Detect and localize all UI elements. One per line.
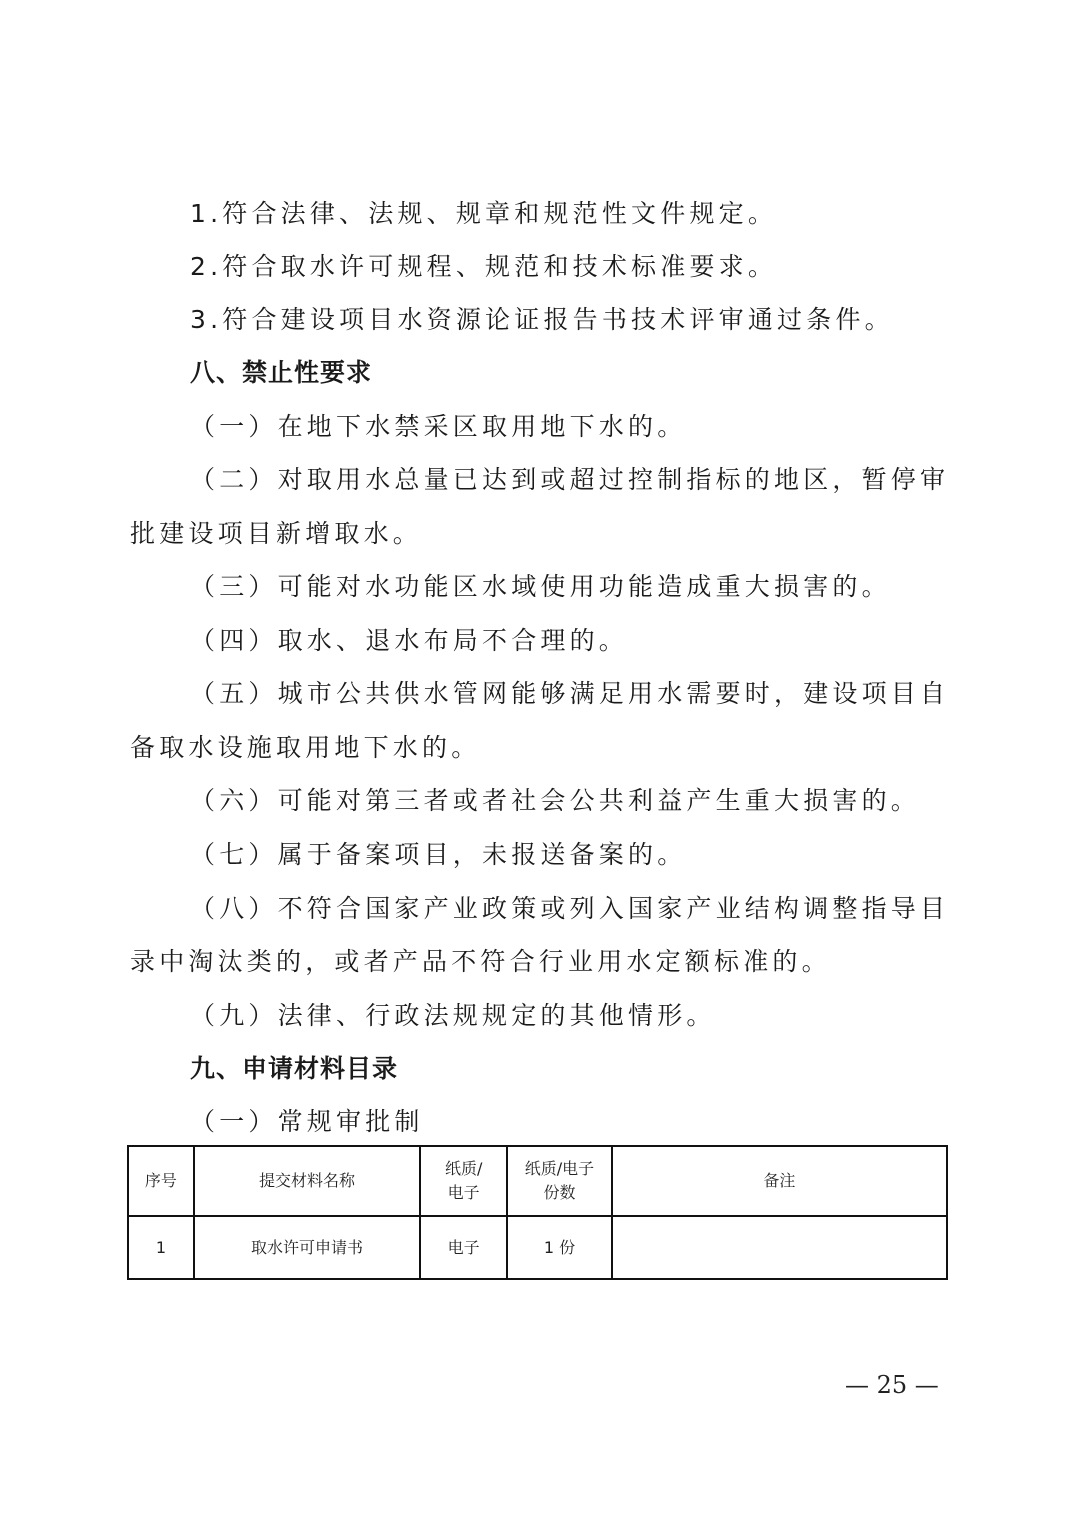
prohibition-3: （三）可能对水功能区水域使用功能造成重大损害的。 (190, 571, 891, 603)
prohibition-8: （八）不符合国家产业政策或列入国家产业结构调整指导目 (190, 893, 949, 925)
prohibition-1: （一）在地下水禁采区取用地下水的。 (190, 411, 686, 443)
prohibition-8-cont: 录中淘汰类的，或者产品不符合行业用水定额标准的。 (130, 946, 831, 978)
prohibition-6: （六）可能对第三者或者社会公共利益产生重大损害的。 (190, 785, 920, 817)
cell-copies: 1 份 (507, 1216, 612, 1279)
cell-format: 电子 (420, 1216, 507, 1279)
table-row: 1 取水许可申请书 电子 1 份 (128, 1216, 947, 1279)
page-number: — 25 — (845, 1371, 939, 1399)
condition-2: 2.符合取水许可规程、规范和技术标准要求。 (190, 251, 777, 283)
prohibition-5-cont: 备取水设施取用地下水的。 (130, 732, 480, 764)
header-index: 序号 (128, 1146, 194, 1216)
prohibition-4: （四）取水、退水布局不合理的。 (190, 625, 628, 657)
header-remarks: 备注 (612, 1146, 947, 1216)
table-header-row: 序号 提交材料名称 纸质/电子 纸质/电子份数 备注 (128, 1146, 947, 1216)
header-format: 纸质/电子 (420, 1146, 507, 1216)
header-material-name: 提交材料名称 (194, 1146, 420, 1216)
prohibition-2: （二）对取用水总量已达到或超过控制指标的地区，暂停审 (190, 464, 949, 496)
section-9-heading: 九、申请材料目录 (190, 1053, 398, 1085)
condition-3: 3.符合建设项目水资源论证报告书技术评审通过条件。 (190, 304, 894, 336)
header-copies: 纸质/电子份数 (507, 1146, 612, 1216)
prohibition-7: （七）属于备案项目，未报送备案的。 (190, 839, 686, 871)
prohibition-5: （五）城市公共供水管网能够满足用水需要时，建设项目自 (190, 678, 949, 710)
prohibition-2-cont: 批建设项目新增取水。 (130, 518, 422, 550)
prohibition-9: （九）法律、行政法规规定的其他情形。 (190, 1000, 716, 1032)
cell-remarks (612, 1216, 947, 1279)
cell-material-name: 取水许可申请书 (194, 1216, 420, 1279)
condition-1: 1.符合法律、法规、规章和规范性文件规定。 (190, 198, 777, 230)
cell-index: 1 (128, 1216, 194, 1279)
materials-table: 序号 提交材料名称 纸质/电子 纸质/电子份数 备注 1 取水许可申请书 电子 … (127, 1145, 948, 1280)
section-9-subheading: （一）常规审批制 (190, 1106, 424, 1138)
section-8-heading: 八、禁止性要求 (190, 357, 372, 389)
